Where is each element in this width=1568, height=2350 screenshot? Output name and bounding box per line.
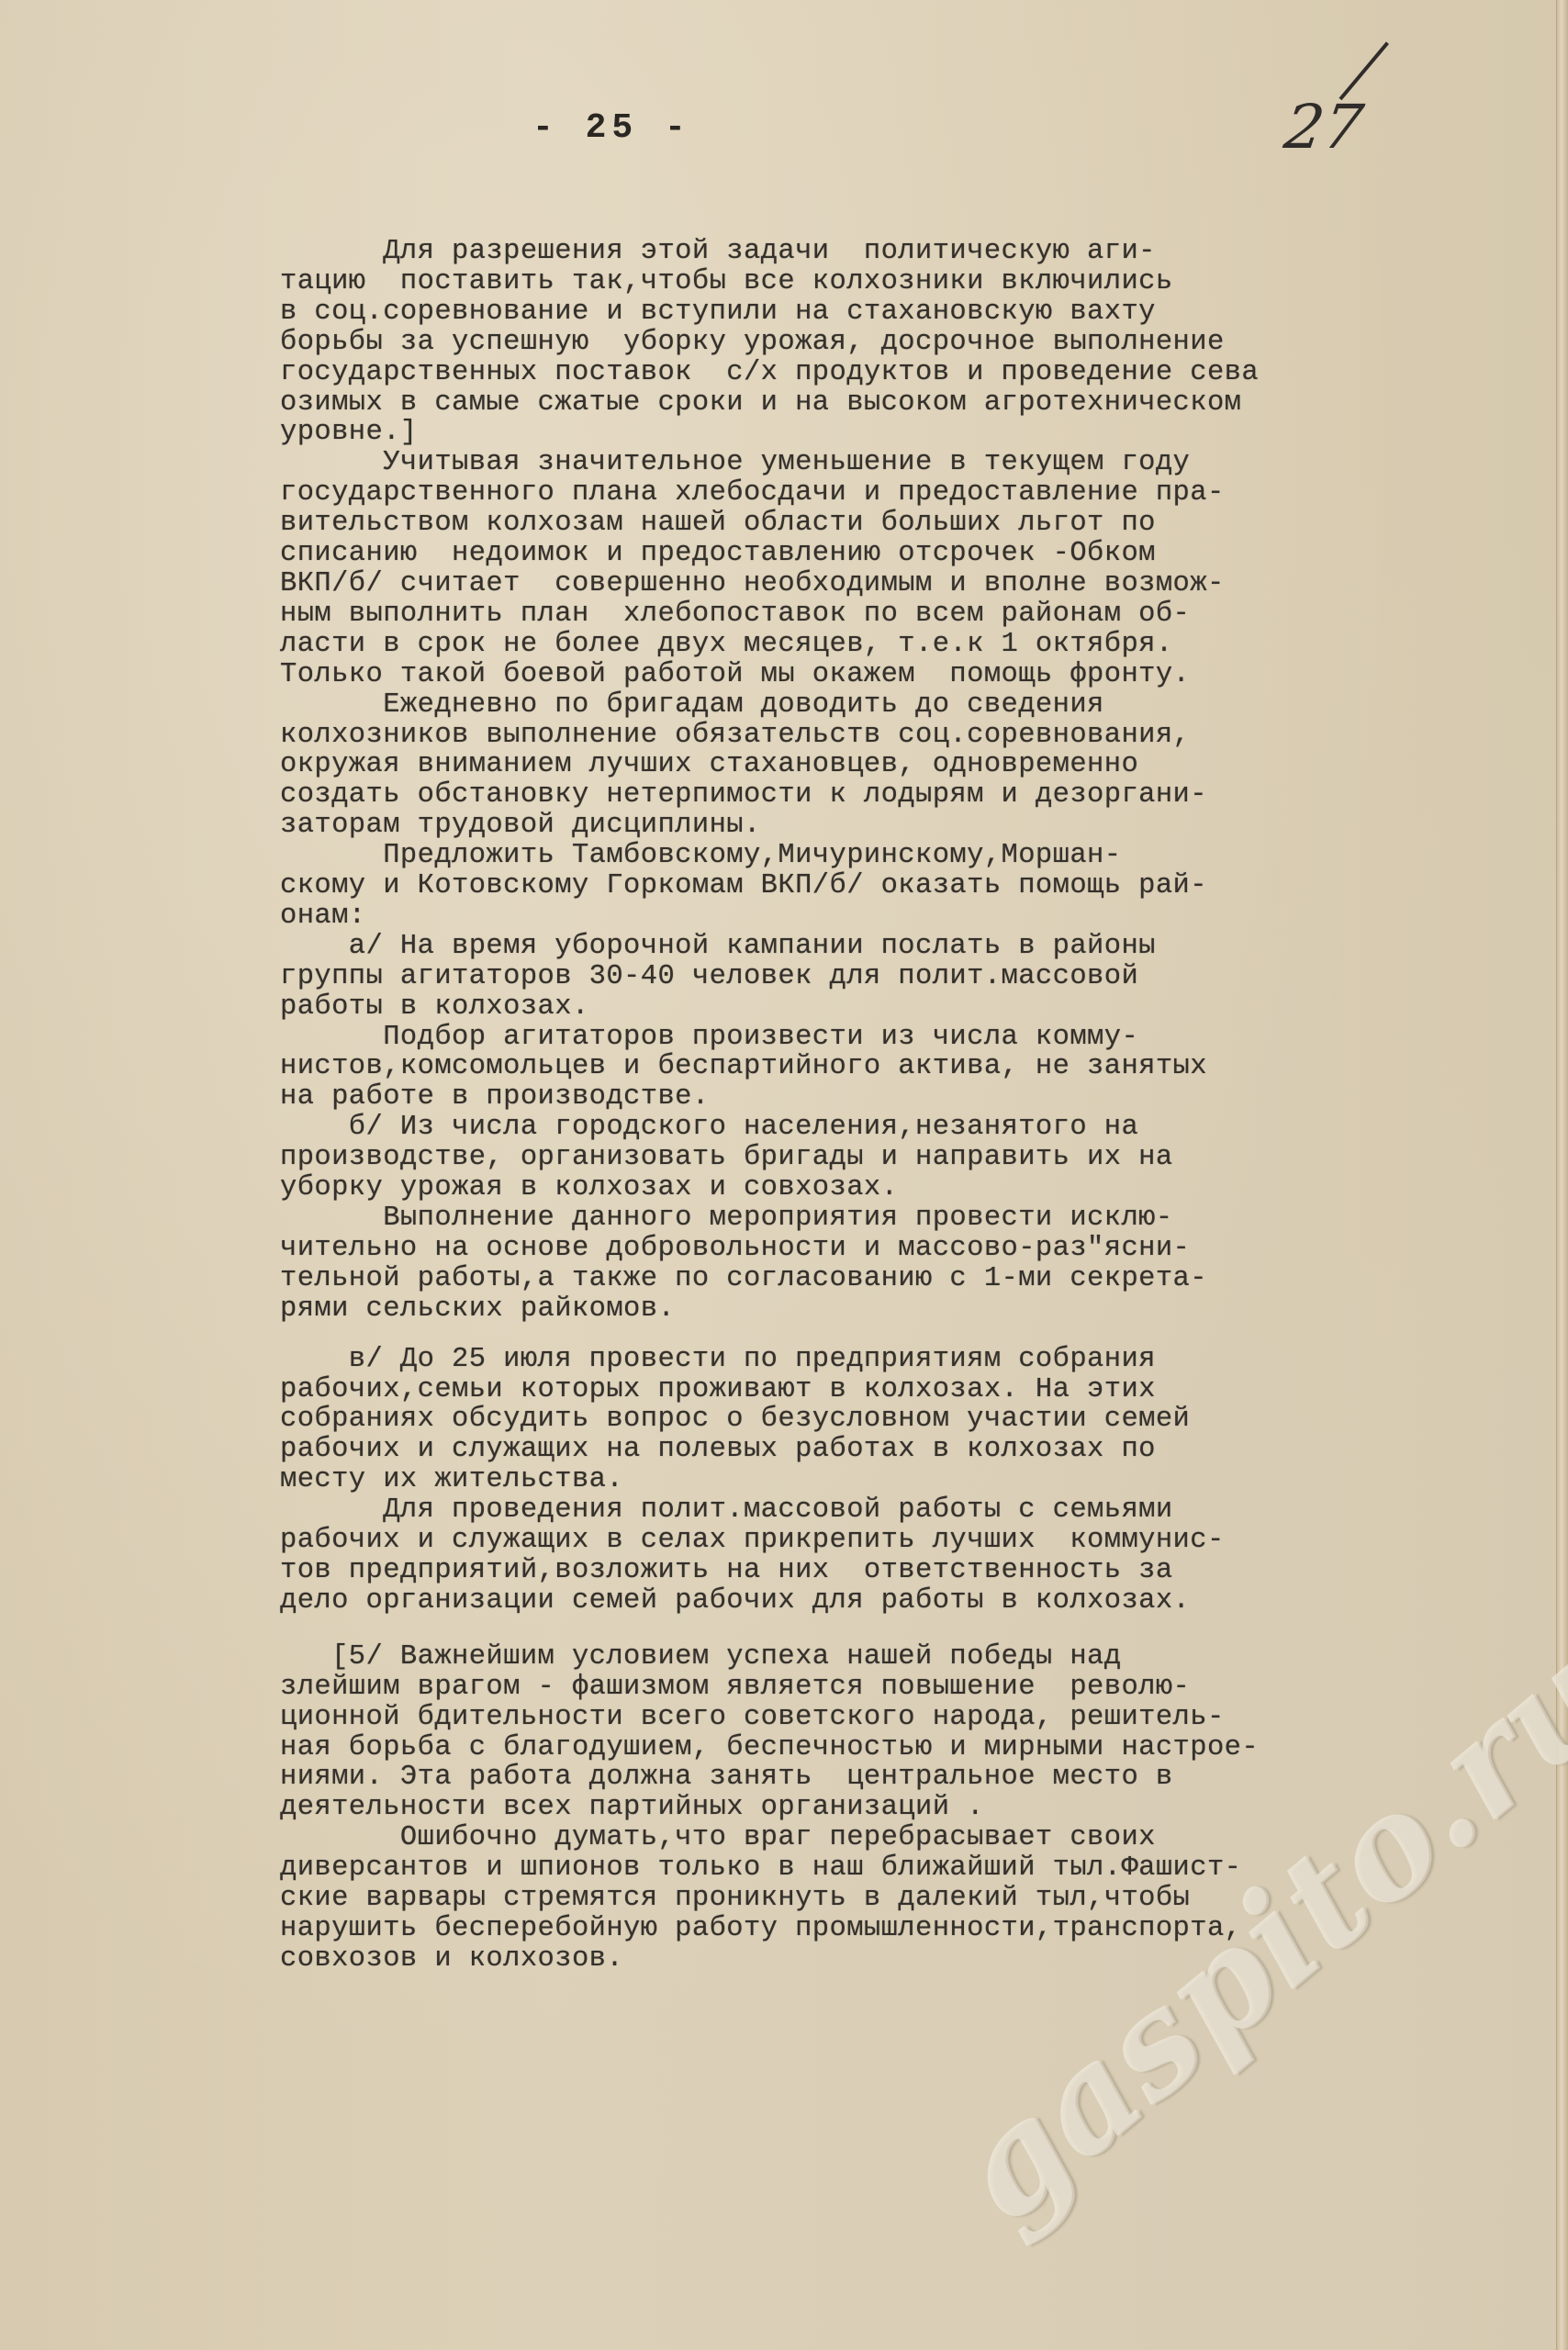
text-line: онам: xyxy=(280,901,1547,932)
paragraph-brigades: Ежедневно по бригадам доводить до сведен… xyxy=(280,690,1547,842)
text-line: рабочих и служащих в селах прикрепить лу… xyxy=(280,1526,1547,1556)
text-line: производстве, организовать бригады и нап… xyxy=(280,1143,1547,1173)
text-line: рабочих и служащих на полевых работах в … xyxy=(280,1435,1547,1465)
text-line: ная борьба с благодушием, беспечностью и… xyxy=(280,1733,1547,1763)
text-line: Предложить Тамбовскому,Мичуринскому,Морш… xyxy=(280,841,1547,871)
text-line: на работе в производстве. xyxy=(280,1082,1547,1113)
text-line: нистов,комсомольцев и беспартийного акти… xyxy=(280,1052,1547,1082)
text-line: вительством колхозам нашей области больш… xyxy=(280,509,1547,539)
text-line: рабочих,семьи которых проживают в колхоз… xyxy=(280,1375,1547,1405)
text-line: Ежедневно по бригадам доводить до сведен… xyxy=(280,690,1547,721)
text-line: колхозников выполнение обязательств соц.… xyxy=(280,721,1547,751)
text-line: списанию недоимок и предоставлению отсро… xyxy=(280,539,1547,569)
text-line: ционной бдительности всего советского на… xyxy=(280,1703,1547,1733)
page-edge xyxy=(1556,0,1568,2350)
text-line: Для проведения полит.массовой работы с с… xyxy=(280,1495,1547,1526)
text-line: ным выполнить план хлебопоставок по всем… xyxy=(280,599,1547,630)
text-line: уборку урожая в колхозах и совхозах. xyxy=(280,1173,1547,1203)
text-line: тов предприятий,возложить на них ответст… xyxy=(280,1556,1547,1586)
text-line: ВКП/б/ считает совершенно необходимым и … xyxy=(280,569,1547,599)
text-line: государственного плана хлебосдачи и пред… xyxy=(280,478,1547,509)
text-line: [5/ Важнейшим условием успеха нашей побе… xyxy=(280,1642,1547,1673)
text-line: заторам трудовой дисциплины. xyxy=(280,811,1547,841)
text-line: дело организации семей рабочих для работ… xyxy=(280,1586,1547,1617)
text-line: уровне.] xyxy=(280,418,1547,448)
text-line: Подбор агитаторов произвести из числа ко… xyxy=(280,1023,1547,1053)
text-line: ласти в срок не более двух месяцев, т.е.… xyxy=(280,630,1547,660)
text-line: Выполнение данного мероприятия провести … xyxy=(280,1203,1547,1234)
spacer xyxy=(280,1617,1547,1642)
text-line: скому и Котовскому Горкомам ВКП/б/ оказа… xyxy=(280,871,1547,901)
text-line: государственных поставок с/х продуктов и… xyxy=(280,358,1547,388)
text-line: борьбы за успешную уборку урожая, досроч… xyxy=(280,328,1547,358)
page-number: - 25 - xyxy=(532,108,691,148)
text-line: месту их жительства. xyxy=(280,1465,1547,1495)
text-line: окружая вниманием лучших стахановцев, од… xyxy=(280,750,1547,780)
text-line: тельной работы,а также по согласованию с… xyxy=(280,1264,1547,1294)
text-line: в соц.соревнование и вступили на стахано… xyxy=(280,297,1547,328)
text-line: Учитывая значительное уменьшение в текущ… xyxy=(280,448,1547,478)
item-v: в/ До 25 июля провести по предприятиям с… xyxy=(280,1345,1547,1617)
paragraph-gorkoms: Предложить Тамбовскому,Мичуринскому,Морш… xyxy=(280,841,1547,932)
document-page: - 25 - 27 Для разрешения этой задачи пол… xyxy=(0,0,1568,2350)
item-a: а/ На время уборочной кампании послать в… xyxy=(280,932,1547,1113)
text-line: озимых в самые сжатые сроки и на высоком… xyxy=(280,388,1547,419)
text-line: а/ На время уборочной кампании послать в… xyxy=(280,932,1547,962)
text-line: Для разрешения этой задачи политическую … xyxy=(280,237,1547,267)
text-line: создать обстановку нетерпимости к лодыря… xyxy=(280,780,1547,811)
text-line: в/ До 25 июля провести по предприятиям с… xyxy=(280,1345,1547,1375)
text-line: б/ Из числа городского населения,незанят… xyxy=(280,1113,1547,1143)
text-line: злейшим врагом - фашизмом является повыш… xyxy=(280,1673,1547,1703)
paragraph-agitation: Для разрешения этой задачи политическую … xyxy=(280,237,1547,448)
text-line: чительно на основе добровольности и масс… xyxy=(280,1234,1547,1264)
text-line: работы в колхозах. xyxy=(280,992,1547,1023)
archive-folio-number: 27 xyxy=(1281,92,1368,162)
text-line: тацию поставить так,чтобы все колхозники… xyxy=(280,267,1547,297)
text-line: рями сельских райкомов. xyxy=(280,1294,1547,1325)
paragraph-grain-plan: Учитывая значительное уменьшение в текущ… xyxy=(280,448,1547,689)
text-line: Только такой боевой работой мы окажем по… xyxy=(280,660,1547,690)
text-line: собраниях обсудить вопрос о безусловном … xyxy=(280,1404,1547,1435)
item-b: б/ Из числа городского населения,незанят… xyxy=(280,1113,1547,1324)
spacer xyxy=(280,1325,1547,1345)
typewritten-body: Для разрешения этой задачи политическую … xyxy=(280,237,1547,1975)
text-line: группы агитаторов 30-40 человек для поли… xyxy=(280,962,1547,992)
